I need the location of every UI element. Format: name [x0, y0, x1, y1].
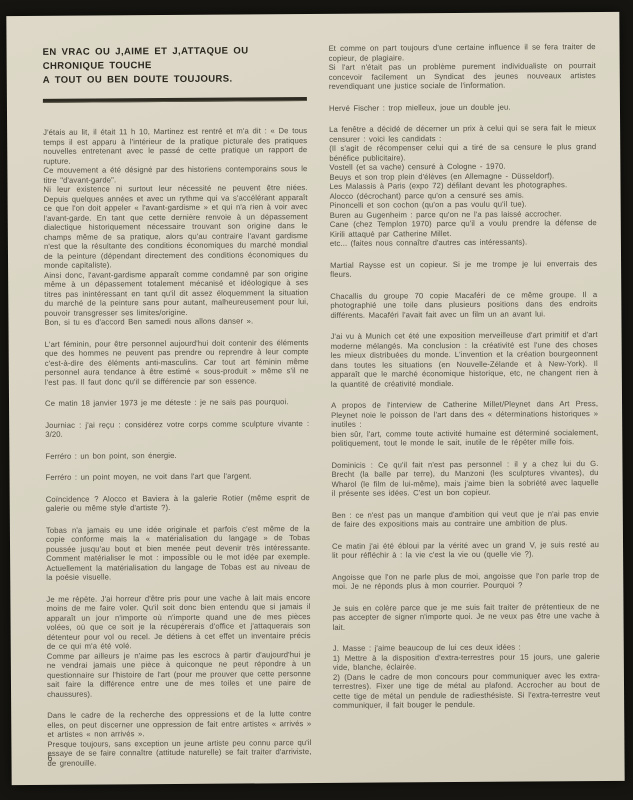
paragraph: Je suis en colère parce que je me suis f… — [332, 602, 599, 632]
paragraph: L'art féminin, pour être personnel aujou… — [45, 338, 309, 387]
paragraph: J'étais au lit, il était 11 h 10, Martin… — [43, 126, 308, 327]
magazine-page: EN VRAC OU J,AIME ET J,ATTAQUE OU CHRONI… — [6, 12, 624, 785]
paragraph: La fenêtre a décidé de décerner un prix … — [329, 123, 597, 248]
paragraph: Ben : ce n'est pas un manque d'ambition … — [332, 509, 599, 530]
paragraph: Dominicis : Ce qu'il fait n'est pas pers… — [331, 459, 598, 499]
paragraph: Je me répète. J'ai horreur d'être pris p… — [46, 593, 311, 699]
paragraph: Et comme on part toujours d'une certaine… — [329, 42, 596, 91]
paragraph: Angoisse que l'on ne parle plus de moi, … — [332, 571, 599, 592]
header-title-line-1: EN VRAC OU J,AIME ET J,ATTAQUE OU CHRONI… — [43, 44, 307, 74]
paragraph: J'ai vu à Munich cet été une exposition … — [331, 330, 598, 389]
paragraph: Ce matin j'ai été ébloui par la vérité a… — [332, 540, 599, 561]
paragraph: Dans le cadre de la recherche des oppres… — [47, 709, 311, 768]
paragraph: Martial Raysse est un copieur. Si je me … — [330, 259, 597, 280]
paragraph: Coïncidence ? Alocco et Baviera à la gal… — [46, 493, 310, 514]
paragraph: J. Masse : j'aime beaucoup de lui ces de… — [333, 642, 600, 710]
paragraph: Tobas n'a jamais eu une idée originale e… — [46, 524, 310, 583]
right-column: Et comme on part toujours d'une certaine… — [329, 42, 601, 710]
paragraph: Ferréro : un point moyen, ne voit dans l… — [46, 471, 310, 482]
header-rule — [43, 97, 307, 103]
header-title-line-2: A TOUT OU BEN DOUTE TOUJOURS. — [43, 72, 307, 88]
paragraph: Hervé Fischer : trop mielleux, joue un d… — [329, 102, 596, 113]
scan-background: EN VRAC OU J,AIME ET J,ATTAQUE OU CHRONI… — [0, 0, 633, 800]
right-column-text: Et comme on part toujours d'une certaine… — [329, 42, 601, 710]
paragraph: Journiac : j'ai reçu : considérez votre … — [45, 419, 309, 440]
paragraph: Ce matin 18 janvier 1973 je me déteste :… — [45, 397, 309, 408]
paragraph: Ferréro : un bon point, son énergie. — [45, 450, 309, 461]
paragraph: Chacallis du groupe 70 copie Macaféri de… — [330, 290, 597, 320]
page-number: 6 — [47, 753, 52, 763]
left-column: EN VRAC OU J,AIME ET J,ATTAQUE OU CHRONI… — [43, 44, 312, 768]
left-column-text: J'étais au lit, il était 11 h 10, Martin… — [43, 126, 311, 768]
article-header: EN VRAC OU J,AIME ET J,ATTAQUE OU CHRONI… — [43, 44, 307, 88]
paragraph: A propos de l'interview de Catherine Mil… — [331, 399, 598, 448]
